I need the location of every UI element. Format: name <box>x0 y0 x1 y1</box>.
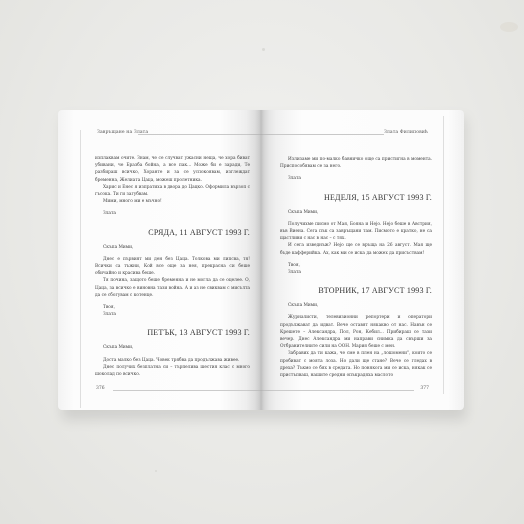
paragraph: Доста малко без Цаца. Човек трябва да пр… <box>95 357 250 364</box>
surface-speck <box>155 470 157 472</box>
page-edge-line <box>80 130 81 408</box>
signature: Злата <box>95 210 250 217</box>
salutation: Скъпа Мими, <box>280 209 432 216</box>
paragraph: Днес получих безплатна си – търпелива ше… <box>95 364 250 378</box>
page-number: 377 <box>420 386 429 391</box>
page-text: изплаквам очите. Знам, че се случват ужа… <box>95 155 250 378</box>
salutation: Скъпа Мими, <box>95 344 250 351</box>
paragraph: И сега изведнъж? Нејо ще се връща на 26 … <box>280 242 432 256</box>
paragraph: Излизаме ми по-малко бавничко още са при… <box>280 156 432 170</box>
left-page: Завръщане на Злата изплаквам очите. Знам… <box>58 110 261 410</box>
entry-date-heading: НЕДЕЛЯ, 15 АВГУСТ 1993 Г. <box>280 193 432 203</box>
surface-speck <box>500 22 518 32</box>
paragraph: Журналисти, телевизионни репортери и опе… <box>280 314 432 350</box>
page-edge-line <box>443 116 444 394</box>
signature: Злата <box>280 175 432 182</box>
signature: Твоя, <box>280 262 432 269</box>
paragraph: Днес е първият ми ден без Цаца. Толкова … <box>95 256 250 278</box>
signature: Злата <box>95 311 250 318</box>
book-spine <box>246 110 276 410</box>
paragraph: Тя почина, защото беше бременна и не мог… <box>95 277 250 299</box>
salutation: Скъпа Мими, <box>95 244 250 251</box>
signature: Твоя, <box>95 304 250 311</box>
header-rule <box>261 134 384 135</box>
page-number: 376 <box>96 386 105 391</box>
paragraph: изплаквам очите. Знам, че се случват ужа… <box>95 155 250 184</box>
entry-date-heading: ВТОРНИК, 17 АВГУСТ 1993 Г. <box>280 286 432 296</box>
paragraph: Мими, много ми е мъчно! <box>95 198 250 205</box>
surface-speck <box>262 48 265 51</box>
open-book: Завръщане на Злата изплаквам очите. Знам… <box>58 110 464 414</box>
paragraph: Забравих да ти кажа, че сме в плен на „л… <box>280 350 432 379</box>
signature: Злата <box>280 269 432 276</box>
footer-rule <box>261 390 414 391</box>
paragraph: Харис и Енес я изпратиха в двора до Цацк… <box>95 184 250 198</box>
page-text: Излизаме ми по-малко бавничко още са при… <box>280 156 432 379</box>
salutation: Скъпа Мими, <box>280 302 432 309</box>
running-head: Злата Филиповић <box>384 130 428 135</box>
paragraph: Получихме писмо от Мая, Бояна и Нејо. Не… <box>280 221 432 243</box>
right-page: Злата Филиповић Излизаме ми по-малко бав… <box>261 110 464 410</box>
entry-date-heading: ПЕТЪК, 13 АВГУСТ 1993 Г. <box>95 328 250 338</box>
entry-date-heading: СРЯДА, 11 АВГУСТ 1993 Г. <box>95 228 250 238</box>
footer-rule <box>113 390 261 391</box>
header-rule <box>138 134 261 135</box>
